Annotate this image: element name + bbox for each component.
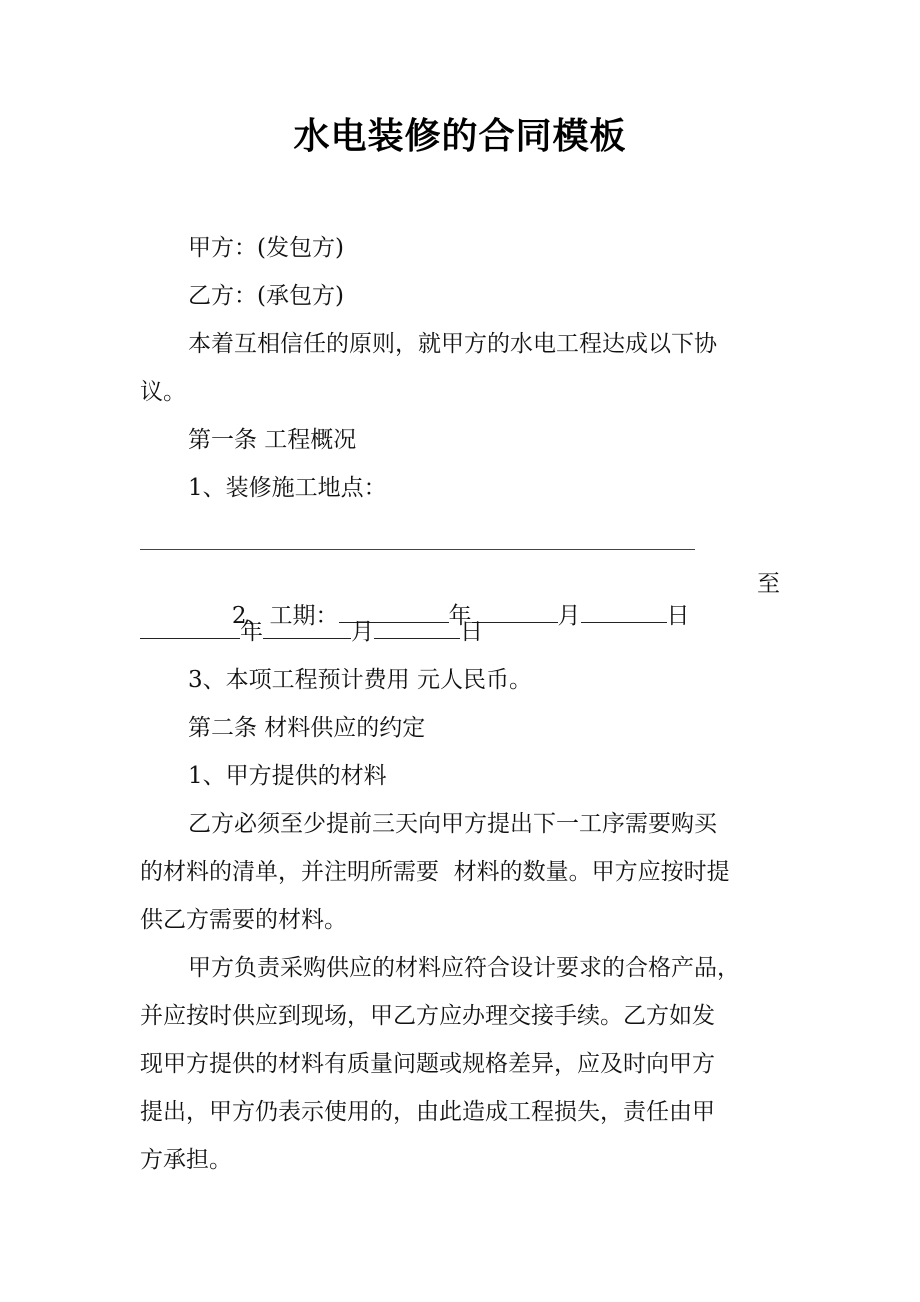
preamble-line-2: 议。 <box>140 376 790 408</box>
paragraph-1-line-3: 供乙方需要的材料。 <box>140 904 790 936</box>
paragraph-2-line-1: 甲方负责采购供应的材料应符合设计要求的合格产品， <box>188 952 838 984</box>
end-day-blank <box>374 616 460 639</box>
paragraph-2-line-4: 提出，甲方仍表示使用的，由此造成工程损失，责任由甲 <box>140 1096 790 1128</box>
article-1-item-1-label: 1、装修施工地点： <box>188 472 838 504</box>
article-2-item-1-heading: 1、甲方提供的材料 <box>188 760 838 792</box>
site-address-blank <box>140 549 695 550</box>
article-1-heading: 第一条 工程概况 <box>188 424 838 456</box>
end-year-blank <box>140 616 240 639</box>
paragraph-1-line-2: 的材料的清单，并注明所需要 材料的数量。甲方应按时提 <box>140 856 790 888</box>
paragraph-2-line-3: 现甲方提供的材料有质量问题或规格差异，应及时向甲方 <box>140 1048 790 1080</box>
construction-period-end: 年月日 <box>140 616 790 648</box>
party-b-line: 乙方：(承包方) <box>188 280 838 312</box>
month-label: 月 <box>351 619 374 645</box>
article-1-item-2-row: 2、工期：年月日 至 <box>188 568 780 600</box>
party-a-line: 甲方：(发包方) <box>188 232 838 264</box>
year-label: 年 <box>240 619 263 645</box>
end-month-blank <box>263 616 351 639</box>
paragraph-1-line-1: 乙方必须至少提前三天向甲方提出下一工序需要购买 <box>188 808 838 840</box>
to-label: 至 <box>757 568 780 600</box>
paragraph-2-line-5: 方承担。 <box>140 1144 790 1176</box>
paragraph-2-line-2: 并应按时供应到现场，甲乙方应办理交接手续。乙方如发 <box>140 1000 790 1032</box>
preamble-line-1: 本着互相信任的原则，就甲方的水电工程达成以下协 <box>188 328 838 360</box>
construction-period-start: 2、工期：年月日 <box>188 568 690 600</box>
article-2-heading: 第二条 材料供应的约定 <box>188 712 838 744</box>
article-1-item-3: 3、本项工程预计费用 元人民币。 <box>188 664 838 696</box>
document-title: 水电装修的合同模板 <box>0 112 920 162</box>
day-label: 日 <box>460 619 483 645</box>
document-page: 水电装修的合同模板 甲方：(发包方) 乙方：(承包方) 本着互相信任的原则，就甲… <box>0 0 920 1302</box>
